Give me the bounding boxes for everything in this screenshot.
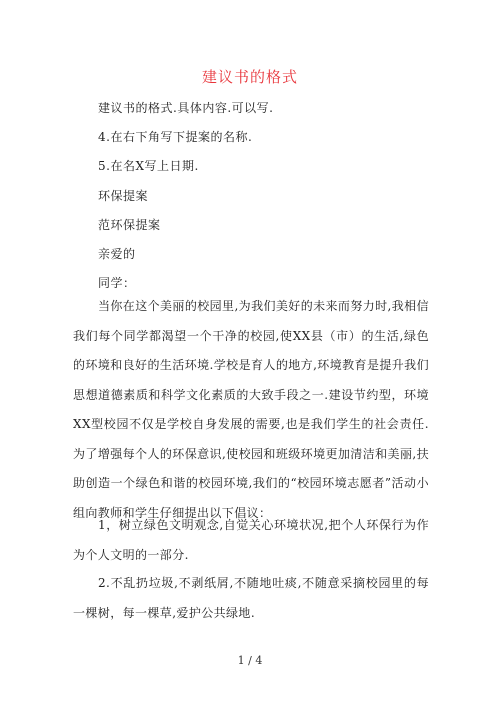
proposal-item-1: 1，树立绿色文明观念,自觉关心环境状况,把个人环保行为作为个人文明的一部分. (73, 511, 429, 570)
text-line: 亲爱的 (98, 245, 136, 262)
text-line: 4.在右下角写下提案的名称. (98, 128, 252, 145)
document-title: 建议书的格式 (0, 66, 500, 87)
page-indicator: 1 / 4 (0, 654, 500, 667)
text-line: 5.在名X写上日期. (98, 157, 199, 174)
salutation: 同学： (98, 274, 136, 291)
body-paragraph: 当你在这个美丽的校园里,为我们美好的未来而努力时,我相信我们每个同学都渴望一个干… (73, 292, 429, 528)
text-line: 建议书的格式.具体内容.可以写. (98, 99, 273, 116)
text-line: 环保提案 (98, 187, 148, 204)
text-line: 范环保提案 (98, 216, 161, 233)
proposal-item-2: 2.不乱扔垃圾,不剥纸屑,不随地吐痰,不随意采摘校园里的每一棵树，每一棵草,爱护… (73, 569, 429, 628)
